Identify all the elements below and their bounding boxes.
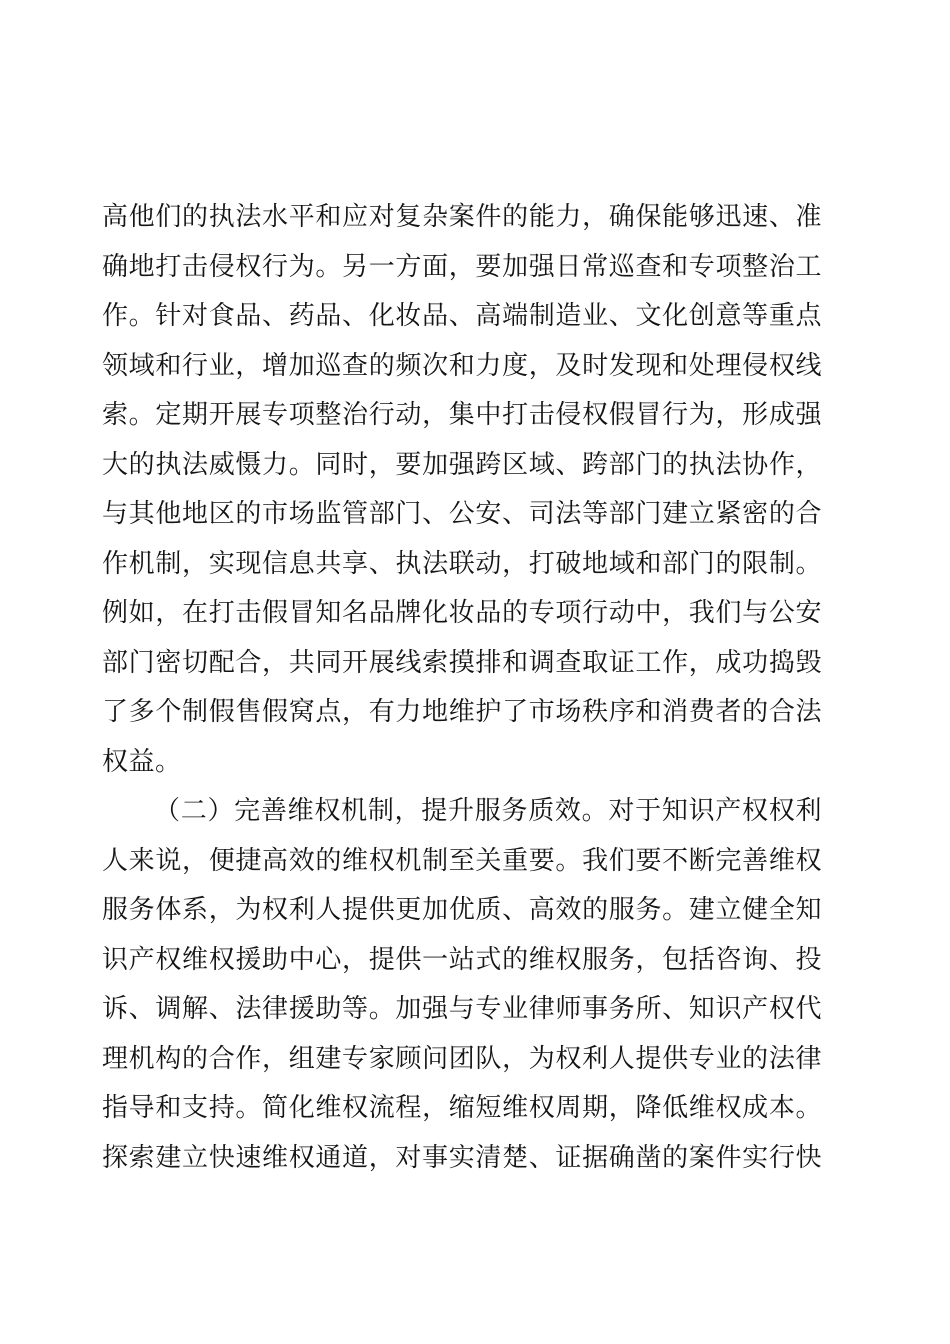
document-page: 高他们的执法水平和应对复杂案件的能力，确保能够迅速、准 确地打击侵权行为。另一方… [0,0,950,1344]
text-line: 了多个制假售假窝点，有力地维护了市场秩序和消费者的合法 [102,687,822,737]
text-line: 索。定期开展专项整治行动，集中打击侵权假冒行为，形成强 [102,390,822,440]
text-line: 作。针对食品、药品、化妆品、高端制造业、文化创意等重点 [102,291,822,341]
text-line: 作机制，实现信息共享、执法联动，打破地域和部门的限制。 [102,539,822,589]
text-block: 高他们的执法水平和应对复杂案件的能力，确保能够迅速、准 确地打击侵权行为。另一方… [102,192,822,1182]
paragraph: 高他们的执法水平和应对复杂案件的能力，确保能够迅速、准 确地打击侵权行为。另一方… [102,192,822,786]
text-line: 高他们的执法水平和应对复杂案件的能力，确保能够迅速、准 [102,192,822,242]
paragraph: （二）完善维权机制，提升服务质效。对于知识产权权利 人来说，便捷高效的维权机制至… [102,786,822,1182]
text-line: 与其他地区的市场监管部门、公安、司法等部门建立紧密的合 [102,489,822,539]
text-line: 大的执法威慑力。同时，要加强跨区域、跨部门的执法协作， [102,440,822,490]
text-line: 人来说，便捷高效的维权机制至关重要。我们要不断完善维权 [102,836,822,886]
text-line: 领域和行业，增加巡查的频次和力度，及时发现和处理侵权线 [102,341,822,391]
text-line: 指导和支持。简化维权流程，缩短维权周期，降低维权成本。 [102,1083,822,1133]
text-line: （二）完善维权机制，提升服务质效。对于知识产权权利 [102,786,822,836]
text-line: 识产权维权援助中心，提供一站式的维权服务，包括咨询、投 [102,935,822,985]
text-line: 权益。 [102,737,822,787]
text-line: 确地打击侵权行为。另一方面，要加强日常巡查和专项整治工 [102,242,822,292]
text-line: 服务体系，为权利人提供更加优质、高效的服务。建立健全知 [102,885,822,935]
text-line: 理机构的合作，组建专家顾问团队，为权利人提供专业的法律 [102,1034,822,1084]
text-line: 探索建立快速维权通道，对事实清楚、证据确凿的案件实行快 [102,1133,822,1183]
text-line: 诉、调解、法律援助等。加强与专业律师事务所、知识产权代 [102,984,822,1034]
text-line: 部门密切配合，共同开展线索摸排和调查取证工作，成功捣毁 [102,638,822,688]
text-line: 例如，在打击假冒知名品牌化妆品的专项行动中，我们与公安 [102,588,822,638]
